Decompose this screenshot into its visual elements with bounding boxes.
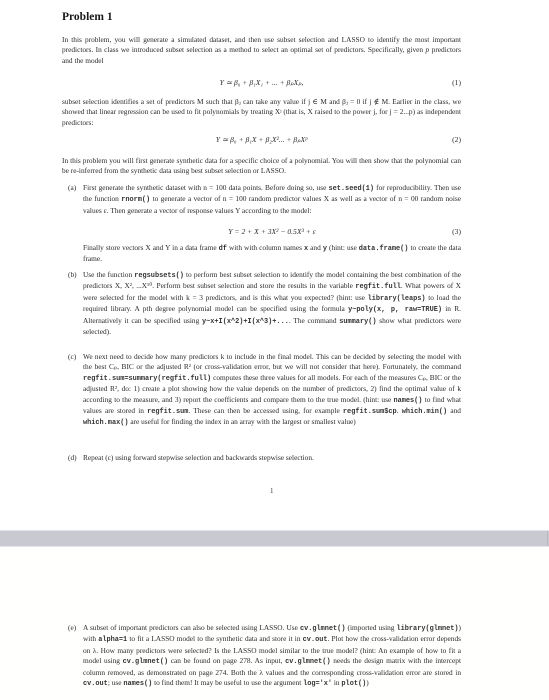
equation-2-body: Y ≃ β₀ + β₁X + β₂X²... + βₚXᵖ xyxy=(62,135,461,144)
item-d: (d) Repeat (c) using forward stepwise se… xyxy=(68,453,461,463)
item-a-content: First generate the synthetic dataset wit… xyxy=(83,183,461,216)
code-library-leaps: library(leaps) xyxy=(368,295,426,303)
code-which-min: which.min() xyxy=(402,408,448,416)
text: ; use xyxy=(108,678,124,687)
text: Repeat (c) using forward stepwise select… xyxy=(83,453,314,462)
item-a-after: Finally store vectors X and Y in a data … xyxy=(68,243,461,265)
code-library-glmnet: library(glmnet) xyxy=(397,625,459,633)
text: Use the function xyxy=(83,270,134,279)
item-b: (b) Use the function regsubsets() to per… xyxy=(68,270,461,337)
code-summary: summary() xyxy=(339,318,376,326)
text: We next need to decide how many predicto… xyxy=(83,352,461,371)
text: and xyxy=(308,243,323,252)
text: First generate the synthetic dataset wit… xyxy=(83,183,329,192)
item-c: (c) We next need to decide how many pred… xyxy=(68,352,461,429)
text: (imported using xyxy=(345,623,396,632)
text: to fit a LASSO model to the synthetic da… xyxy=(127,634,303,643)
code-regfit-sum: regfit.sum xyxy=(147,408,188,416)
code-regfit-sum-cp: regfit.sum$cp xyxy=(343,408,397,416)
code-cv-glmnet-2: cv.glmnet() xyxy=(123,658,169,666)
equation-3: Y = 2 + X + 3X² − 0.5X³ + ε (3) xyxy=(83,227,461,239)
code-cv-out: cv.out xyxy=(303,636,328,644)
equation-2: Y ≃ β₀ + β₁X + β₂X²... + βₚXᵖ (2) xyxy=(62,135,461,147)
problem-title: Problem 1 xyxy=(62,11,113,23)
item-b-label: (b) xyxy=(68,270,77,280)
code-plot: plot() xyxy=(341,680,366,688)
paragraph-subset-selection: subset selection identifies a set of pre… xyxy=(62,97,461,128)
code-rnorm: rnorm() xyxy=(121,196,150,204)
code-cv-out-2: cv.out xyxy=(83,680,108,688)
item-a: (a) First generate the synthetic dataset… xyxy=(68,183,461,216)
equation-3-body: Y = 2 + X + 3X² − 0.5X³ + ε xyxy=(83,227,461,236)
item-a-label: (a) xyxy=(68,183,76,193)
text: are useful for finding the index in an a… xyxy=(129,417,356,426)
paragraph-synthetic-data: In this problem you will first generate … xyxy=(62,156,461,177)
code-alpha: alpha=1 xyxy=(98,636,127,644)
page-number: 1 xyxy=(270,487,274,495)
code-cv-glmnet-3: cv.glmnet() xyxy=(285,658,331,666)
text: A subset of important predictors can als… xyxy=(83,623,300,632)
item-d-label: (d) xyxy=(68,453,77,463)
equation-1-body: Y ≃ β₀ + β₁X₁ + ... + βₚXₚ, xyxy=(62,78,461,87)
code-cv-glmnet: cv.glmnet() xyxy=(300,625,346,633)
code-poly-formula: y~poly(x, p, raw=TRUE) xyxy=(348,306,442,314)
item-e-label: (e) xyxy=(68,623,76,633)
equation-1-number: (1) xyxy=(452,78,461,87)
code-names: names() xyxy=(393,397,422,405)
text: Finally store vectors X and Y in a data … xyxy=(83,243,219,252)
code-df: df xyxy=(219,245,227,253)
page-separator xyxy=(0,530,549,547)
code-log-x: log='x' xyxy=(303,680,332,688)
code-regfit-full: regfit.full xyxy=(355,283,401,291)
intro-text: In this problem, you will generate a sim… xyxy=(62,35,461,54)
text: and xyxy=(447,406,461,415)
equation-2-number: (2) xyxy=(452,135,461,144)
item-d-content: Repeat (c) using forward stepwise select… xyxy=(83,453,461,463)
text: ) xyxy=(366,678,368,687)
code-set-seed: set.seed(1) xyxy=(329,185,375,193)
item-e: (e) A subset of important predictors can… xyxy=(68,623,461,689)
code-explicit-formula: y~x+I(x^2)+I(x^3)+... xyxy=(202,318,289,326)
item-e-content: A subset of important predictors can als… xyxy=(83,623,461,689)
equation-3-number: (3) xyxy=(452,227,461,236)
text: to find them! It may be useful to use th… xyxy=(152,678,303,687)
item-b-content: Use the function regsubsets() to perform… xyxy=(83,270,461,337)
code-names-2: names() xyxy=(123,680,152,688)
item-c-label: (c) xyxy=(68,352,76,362)
text: with with column names xyxy=(227,243,304,252)
code-data-frame: data.frame() xyxy=(359,245,409,253)
document-page-1: Problem 1 In this problem, you will gene… xyxy=(0,0,549,530)
text: in xyxy=(332,678,341,687)
equation-1: Y ≃ β₀ + β₁X₁ + ... + βₚXₚ, (1) xyxy=(62,78,461,90)
code-regfit-sum-assign: regfit.sum=summary(regfit.full) xyxy=(83,375,211,383)
separator-edge xyxy=(547,531,548,546)
code-which-max: which.max() xyxy=(83,419,129,427)
text: (hint: use xyxy=(327,243,359,252)
document-page-2: (e) A subset of important predictors can… xyxy=(0,547,549,700)
item-c-content: We next need to decide how many predicto… xyxy=(83,352,461,429)
text: can be found on page 278. As input, xyxy=(168,656,285,665)
intro-paragraph: In this problem, you will generate a sim… xyxy=(62,35,461,66)
text: . The command xyxy=(289,316,339,325)
item-a-after-content: Finally store vectors X and Y in a data … xyxy=(83,243,461,265)
text: . These can then be accessed using, for … xyxy=(188,406,342,415)
code-regsubsets: regsubsets() xyxy=(134,272,184,280)
